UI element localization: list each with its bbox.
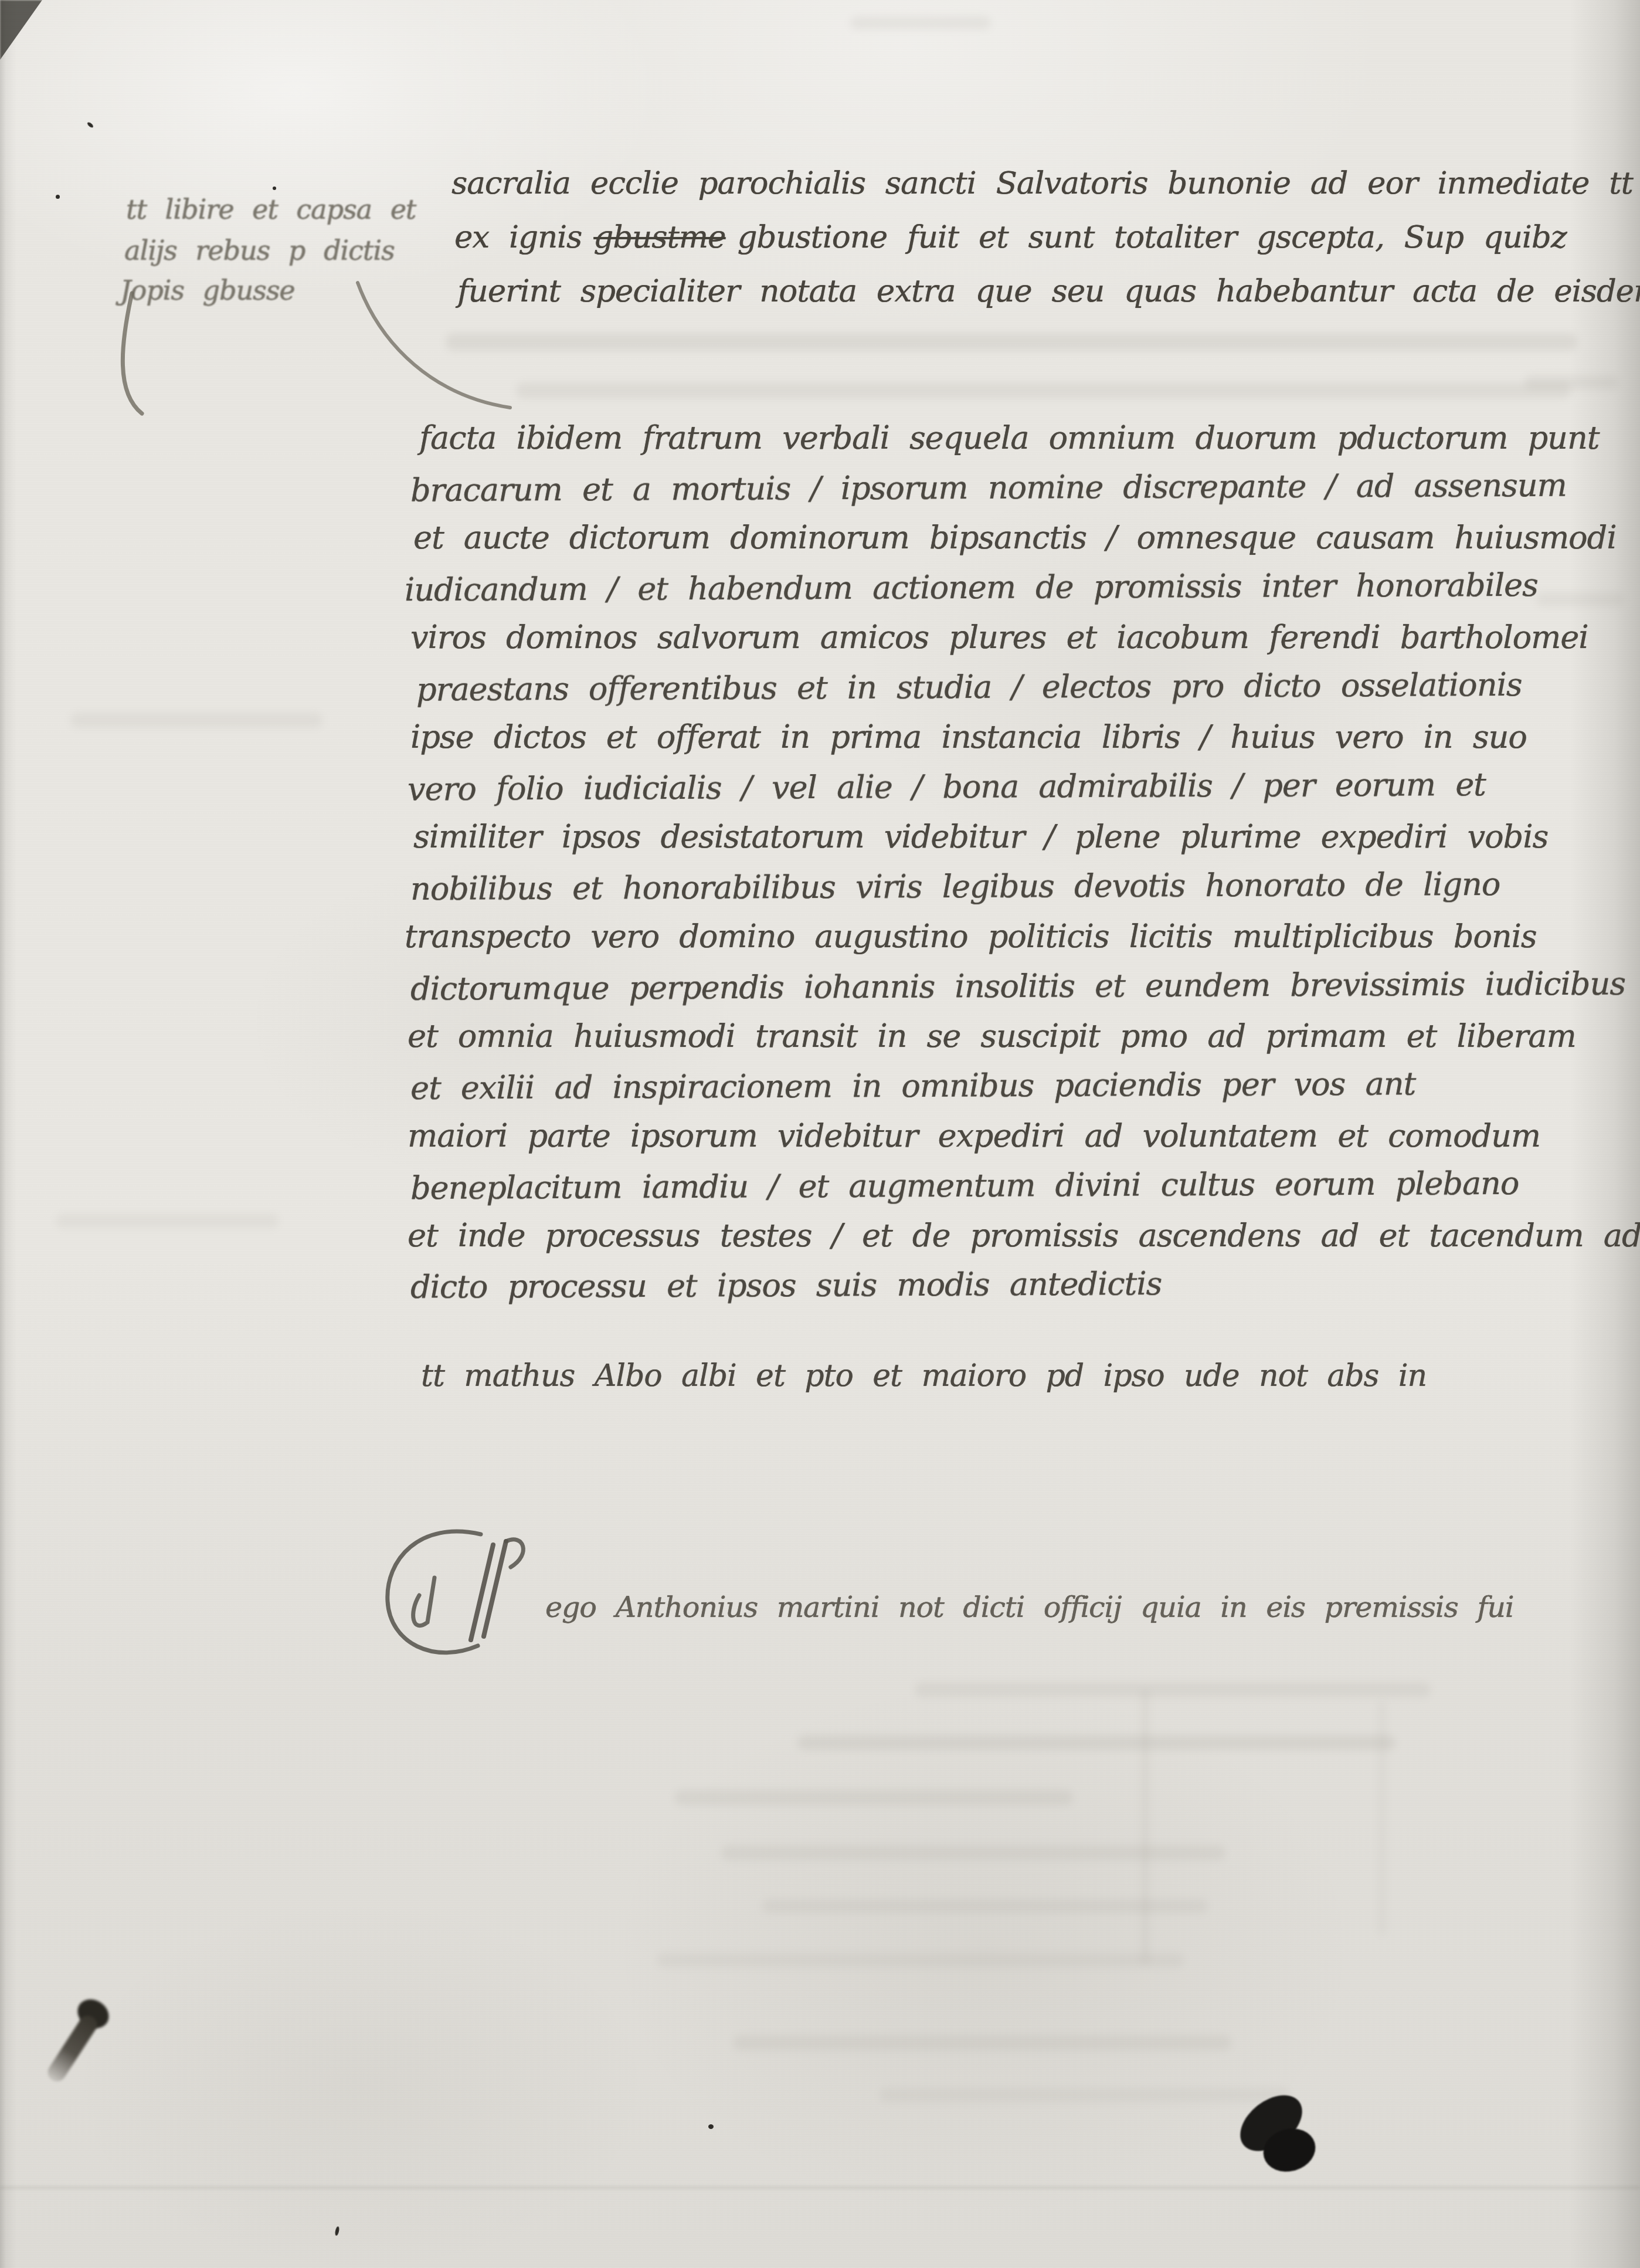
body-line: viros dominos salvorum amicos plures et … — [410, 619, 1588, 656]
body-line: et aucte dictorum dominorum bipsanctis /… — [413, 519, 1616, 556]
bleedthrough-smudge — [70, 713, 322, 728]
heading-line2-post: gbustione fuit et sunt totaliter gscepta… — [737, 219, 1566, 255]
paper-crease — [0, 2186, 1640, 2189]
body-line: bracarum et a mortuis / ipsorum nomine d… — [410, 467, 1567, 509]
heading-line2-pre: ex ignis — [454, 219, 582, 255]
ink-speck — [86, 121, 94, 128]
ink-speck — [56, 195, 60, 199]
heading-line: sacralia ecclie parochialis sancti Salva… — [451, 165, 1633, 201]
margin-note-line: alijs rebus p dictis — [124, 235, 395, 266]
body-line: beneplacitum iamdiu / et augmentum divin… — [410, 1165, 1519, 1206]
bleedthrough-smudge — [880, 2088, 1290, 2102]
body-line: maiori parte ipsorum videbitur expediri … — [408, 1117, 1540, 1154]
manuscript-page: tt libire et capsa et alijs rebus p dict… — [0, 0, 1640, 2268]
body-line: et inde processus testes / et de promiss… — [408, 1217, 1640, 1254]
bleedthrough-smudge — [1536, 592, 1624, 606]
ink-speck — [273, 187, 276, 190]
bleedthrough-smudge — [915, 1682, 1431, 1697]
body-line: transpecto vero domino augustino politic… — [405, 918, 1537, 955]
ink-blot — [1236, 2101, 1336, 2177]
bleedthrough-smudge — [657, 1953, 1184, 1967]
body-line: similiter ipsos desistatorum videbitur /… — [413, 818, 1548, 855]
bleedthrough-smudge — [797, 1735, 1395, 1750]
bleedthrough-smudge — [516, 382, 1571, 399]
ink-speck — [708, 2124, 714, 2129]
body-line: dicto processu et ipsos suis modis anted… — [410, 1265, 1162, 1306]
bleedthrough-smudge — [733, 2035, 1231, 2050]
notary-line: ego Anthonius martini not dicti officij … — [545, 1591, 1514, 1624]
body-line: et omnia huiusmodi transit in se suscipi… — [408, 1018, 1576, 1055]
bleedthrough-streak — [1378, 1701, 1386, 1935]
body-line: iudicandum / et habendum actionem de pro… — [405, 567, 1538, 608]
margin-note-line: tt libire et capsa et — [126, 194, 416, 225]
bleedthrough-smudge — [446, 333, 1577, 351]
heading-line2-struck-word: gbustme — [593, 219, 725, 255]
witness-line: tt mathus Albo albi et pto et maioro pd … — [421, 1358, 1427, 1394]
bleedthrough-smudge — [850, 16, 991, 29]
heading-line: ex ignisgbustmegbustione fuit et sunt to… — [454, 219, 1578, 255]
body-line: ipse dictos et offerat in prima instanci… — [410, 718, 1527, 755]
bleedthrough-smudge — [1524, 375, 1618, 389]
body-line: praestans offerentibus et in studia / el… — [416, 666, 1522, 708]
bleedthrough-smudge — [56, 1214, 279, 1228]
body-line: vero folio iudicialis / vel alie / bona … — [408, 766, 1486, 808]
ink-smear — [32, 1994, 145, 2116]
body-line: dictorumque perpendis iohannis insolitis… — [410, 965, 1625, 1007]
heading-line: fuerint specialiter notata extra que seu… — [457, 273, 1640, 309]
bleedthrough-streak — [1140, 1689, 1150, 1965]
ink-smear-tail — [45, 2012, 101, 2085]
body-line: nobilibus et honorabilibus viris legibus… — [410, 866, 1500, 907]
bleedthrough-smudge — [674, 1790, 1073, 1805]
bleedthrough-smudge — [721, 1845, 1225, 1860]
notary-paraph-icon — [378, 1524, 542, 1670]
body-line: et exilii ad inspiracionem in omnibus pa… — [410, 1065, 1415, 1106]
page-corner-shadow — [0, 0, 56, 65]
ink-speck — [334, 2226, 339, 2236]
body-line: facta ibidem fratrum verbali sequela omn… — [419, 419, 1599, 456]
